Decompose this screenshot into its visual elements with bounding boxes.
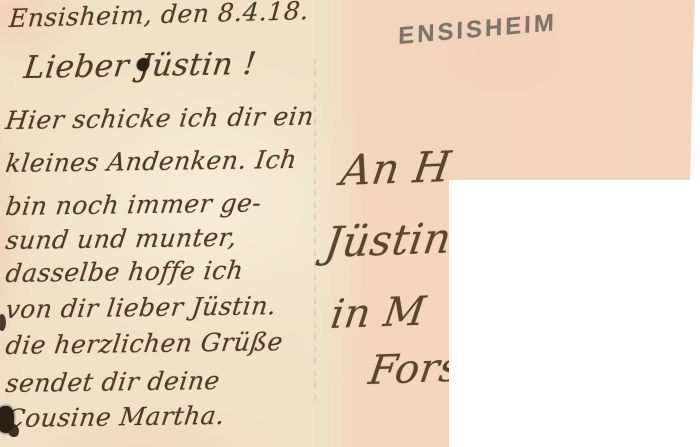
message-line: von dir lieber Jüstin. xyxy=(4,291,278,324)
message-line: kleines Andenken. Ich xyxy=(4,145,299,178)
message-line: sendet dir deine xyxy=(4,366,222,398)
pencil-location-note: ENSISHEIM xyxy=(398,9,557,51)
address-line: in M xyxy=(328,288,429,338)
ink-blot xyxy=(0,314,6,331)
fold-crease-line xyxy=(314,58,316,403)
message-line: die herzlichen Grüße xyxy=(4,327,285,360)
message-line: sund und munter, xyxy=(4,223,239,255)
postcard-scan: Ensisheim, den 8.4.18. ENSISHEIM Lieber … xyxy=(0,0,700,447)
message-line: bin noch immer ge- xyxy=(4,188,263,221)
message-line: Cousine Martha. xyxy=(4,401,227,433)
message-line: Hier schicke ich dir ein xyxy=(4,102,316,135)
ink-blot xyxy=(8,424,19,437)
dateline: Ensisheim, den 8.4.18. xyxy=(8,0,310,33)
redaction-box xyxy=(449,180,700,447)
address-line: Jüstin xyxy=(322,213,455,267)
address-line: An H xyxy=(338,142,454,195)
message-line: dasselbe hoffe ich xyxy=(4,256,245,288)
scan-edge-white-strip xyxy=(690,0,700,181)
